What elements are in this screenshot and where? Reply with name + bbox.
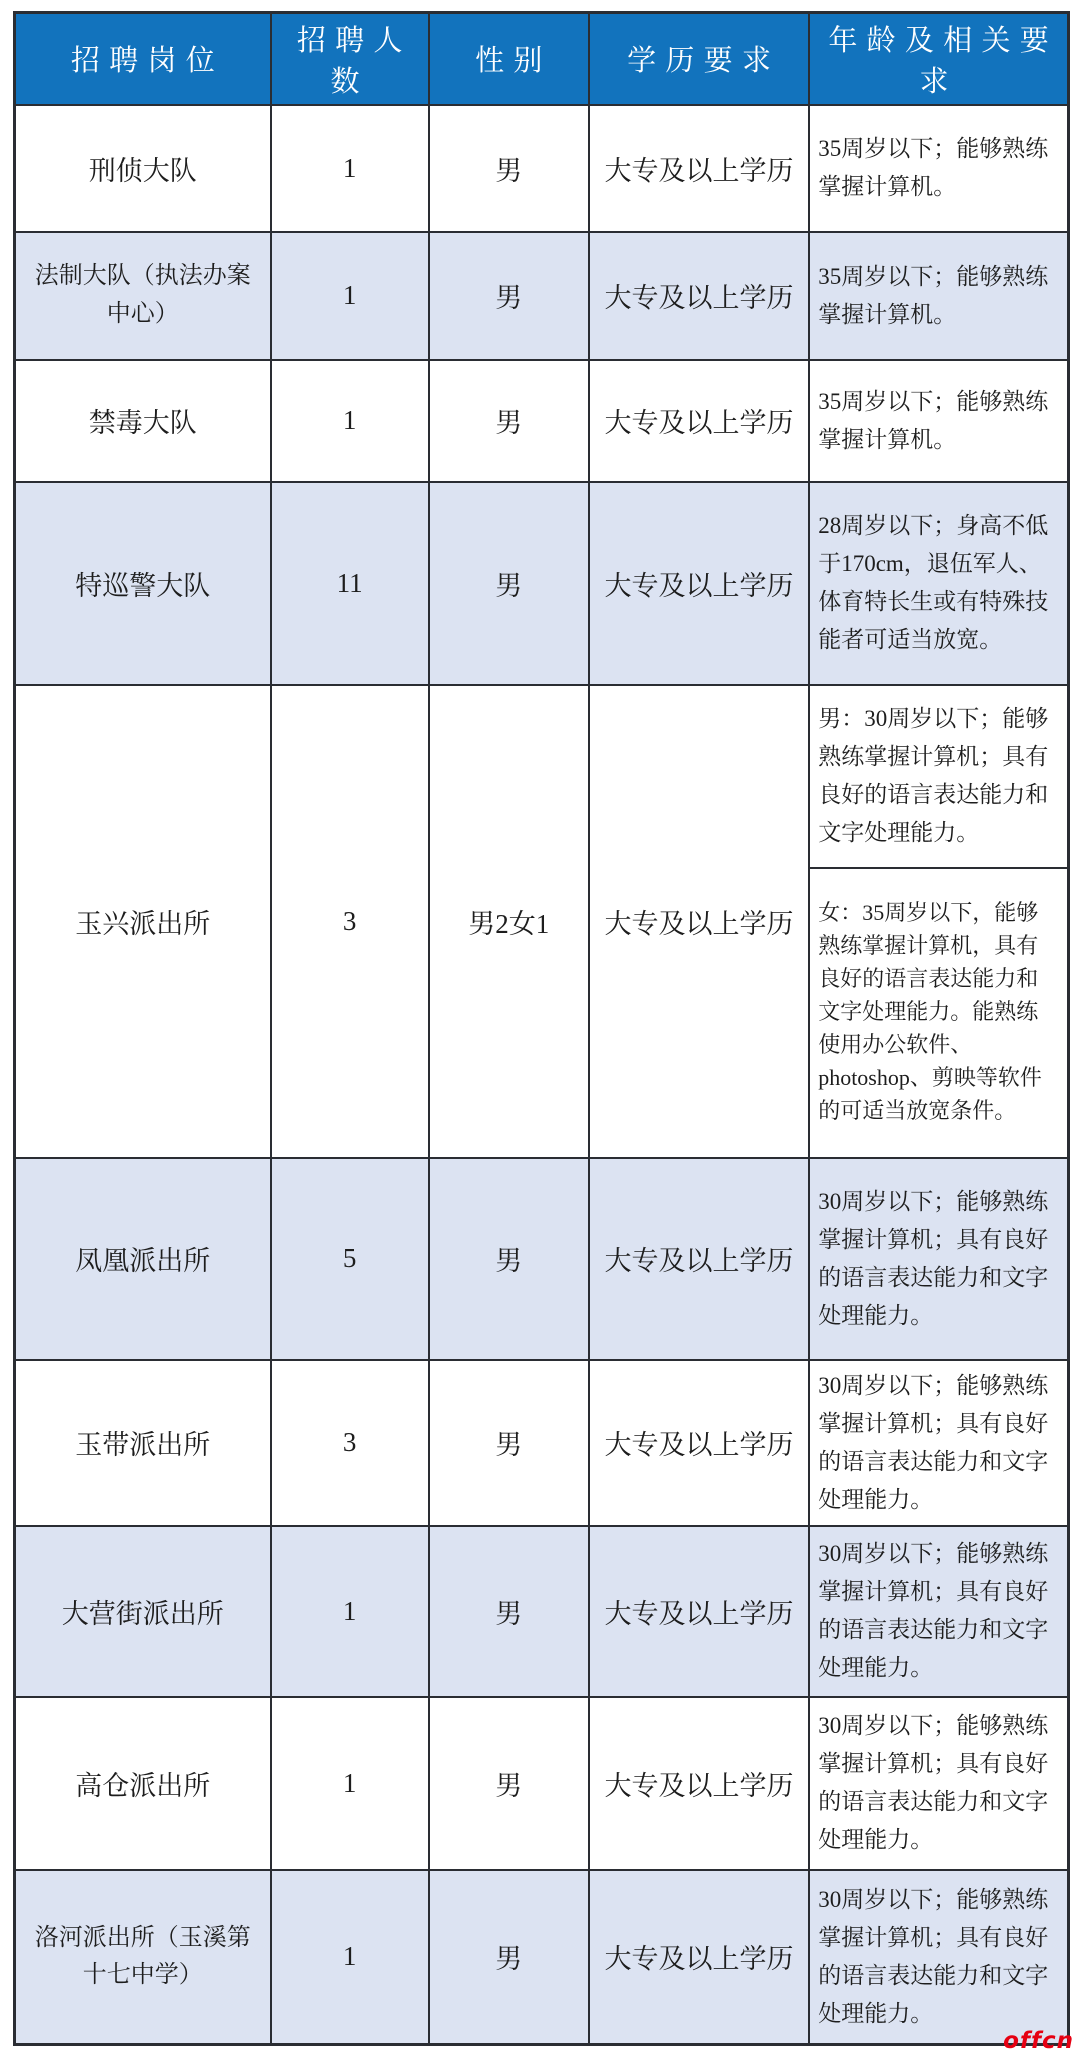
cell-count: 1 [271,1697,429,1870]
cell-position: 玉带派出所 [15,1360,271,1526]
cell-position: 洛河派出所（玉溪第十七中学） [15,1870,271,2045]
offcn-watermark: offcn [1003,2028,1074,2054]
table-row: 凤凰派出所5男大专及以上学历30周岁以下；能够熟练掌握计算机；具有良好的语言表达… [15,1158,1069,1360]
column-header-position: 招聘岗位 [15,13,271,105]
cell-position: 高仓派出所 [15,1697,271,1870]
cell-requirements: 30周岁以下；能够熟练掌握计算机；具有良好的语言表达能力和文字处理能力。 [809,1526,1068,1697]
cell-education: 大专及以上学历 [589,105,809,232]
cell-count: 3 [271,1360,429,1526]
cell-gender: 男 [429,105,589,232]
requirement-text: 28周岁以下；身高不低于170cm，退伍军人、体育特长生或有特殊技能者可适当放宽… [818,507,1059,659]
cell-position: 特巡警大队 [15,482,271,685]
cell-gender: 男 [429,232,589,360]
cell-requirements: 30周岁以下；能够熟练掌握计算机；具有良好的语言表达能力和文字处理能力。 [809,1870,1068,2045]
cell-requirements: 35周岁以下；能够熟练掌握计算机。 [809,360,1068,482]
requirement-subcell: 女：35周岁以下，能够熟练掌握计算机，具有良好的语言表达能力和文字处理能力。能熟… [810,867,1067,1155]
cell-gender: 男 [429,1870,589,2045]
header-row: 招聘岗位 招聘人数 性别 学历要求 年龄及相关要求 [15,13,1069,105]
recruitment-table-wrap: 招聘岗位 招聘人数 性别 学历要求 年龄及相关要求 刑侦大队1男大专及以上学历3… [13,11,1070,2046]
cell-position: 玉兴派出所 [15,685,271,1158]
cell-gender: 男 [429,1526,589,1697]
column-header-requirements: 年龄及相关要求 [809,13,1068,105]
cell-education: 大专及以上学历 [589,1697,809,1870]
cell-education: 大专及以上学历 [589,1870,809,2045]
cell-count: 5 [271,1158,429,1360]
cell-count: 1 [271,1526,429,1697]
cell-requirements: 35周岁以下；能够熟练掌握计算机。 [809,232,1068,360]
requirement-text: 35周岁以下；能够熟练掌握计算机。 [818,383,1059,459]
requirement-subcell: 男：30周岁以下；能够熟练掌握计算机；具有良好的语言表达能力和文字处理能力。 [810,686,1067,867]
cell-position: 法制大队（执法办案中心） [15,232,271,360]
requirement-text: 30周岁以下；能够熟练掌握计算机；具有良好的语言表达能力和文字处理能力。 [818,1367,1059,1519]
table-row: 法制大队（执法办案中心）1男大专及以上学历35周岁以下；能够熟练掌握计算机。 [15,232,1069,360]
requirement-text: 30周岁以下；能够熟练掌握计算机；具有良好的语言表达能力和文字处理能力。 [818,1535,1059,1687]
cell-requirements: 30周岁以下；能够熟练掌握计算机；具有良好的语言表达能力和文字处理能力。 [809,1697,1068,1870]
table-row: 刑侦大队1男大专及以上学历35周岁以下；能够熟练掌握计算机。 [15,105,1069,232]
requirements-split-box: 男：30周岁以下；能够熟练掌握计算机；具有良好的语言表达能力和文字处理能力。女：… [810,686,1067,1155]
cell-education: 大专及以上学历 [589,482,809,685]
cell-count: 1 [271,1870,429,2045]
requirement-text: 35周岁以下；能够熟练掌握计算机。 [818,130,1059,206]
cell-requirements: 35周岁以下；能够熟练掌握计算机。 [809,105,1068,232]
requirement-text: 男：30周岁以下；能够熟练掌握计算机；具有良好的语言表达能力和文字处理能力。 [818,700,1059,852]
table-row: 高仓派出所1男大专及以上学历30周岁以下；能够熟练掌握计算机；具有良好的语言表达… [15,1697,1069,1870]
column-header-education: 学历要求 [589,13,809,105]
table-row: 洛河派出所（玉溪第十七中学）1男大专及以上学历30周岁以下；能够熟练掌握计算机；… [15,1870,1069,2045]
cell-count: 1 [271,232,429,360]
table-row: 特巡警大队11男大专及以上学历28周岁以下；身高不低于170cm，退伍军人、体育… [15,482,1069,685]
cell-position: 大营街派出所 [15,1526,271,1697]
cell-requirements: 男：30周岁以下；能够熟练掌握计算机；具有良好的语言表达能力和文字处理能力。女：… [809,685,1068,1158]
cell-gender: 男 [429,360,589,482]
cell-education: 大专及以上学历 [589,685,809,1158]
cell-position: 刑侦大队 [15,105,271,232]
cell-count: 1 [271,360,429,482]
cell-count: 3 [271,685,429,1158]
cell-education: 大专及以上学历 [589,232,809,360]
requirement-text: 30周岁以下；能够熟练掌握计算机；具有良好的语言表达能力和文字处理能力。 [818,1881,1059,2033]
requirement-text: 35周岁以下；能够熟练掌握计算机。 [818,258,1059,334]
cell-count: 1 [271,105,429,232]
cell-education: 大专及以上学历 [589,360,809,482]
cell-gender: 男 [429,1360,589,1526]
table-row: 玉兴派出所3男2女1大专及以上学历男：30周岁以下；能够熟练掌握计算机；具有良好… [15,685,1069,1158]
cell-education: 大专及以上学历 [589,1360,809,1526]
requirement-text: 女：35周岁以下，能够熟练掌握计算机，具有良好的语言表达能力和文字处理能力。能熟… [818,896,1059,1127]
cell-gender: 男2女1 [429,685,589,1158]
cell-gender: 男 [429,482,589,685]
cell-education: 大专及以上学历 [589,1526,809,1697]
cell-gender: 男 [429,1697,589,1870]
recruitment-table: 招聘岗位 招聘人数 性别 学历要求 年龄及相关要求 刑侦大队1男大专及以上学历3… [13,11,1070,2046]
table-row: 玉带派出所3男大专及以上学历30周岁以下；能够熟练掌握计算机；具有良好的语言表达… [15,1360,1069,1526]
cell-requirements: 30周岁以下；能够熟练掌握计算机；具有良好的语言表达能力和文字处理能力。 [809,1158,1068,1360]
cell-requirements: 30周岁以下；能够熟练掌握计算机；具有良好的语言表达能力和文字处理能力。 [809,1360,1068,1526]
requirement-text: 30周岁以下；能够熟练掌握计算机；具有良好的语言表达能力和文字处理能力。 [818,1183,1059,1335]
cell-count: 11 [271,482,429,685]
cell-requirements: 28周岁以下；身高不低于170cm，退伍军人、体育特长生或有特殊技能者可适当放宽… [809,482,1068,685]
table-row: 大营街派出所1男大专及以上学历30周岁以下；能够熟练掌握计算机；具有良好的语言表… [15,1526,1069,1697]
table-body: 刑侦大队1男大专及以上学历35周岁以下；能够熟练掌握计算机。法制大队（执法办案中… [15,105,1069,2045]
requirement-text: 30周岁以下；能够熟练掌握计算机；具有良好的语言表达能力和文字处理能力。 [818,1707,1059,1859]
cell-position: 凤凰派出所 [15,1158,271,1360]
cell-gender: 男 [429,1158,589,1360]
table-row: 禁毒大队1男大专及以上学历35周岁以下；能够熟练掌握计算机。 [15,360,1069,482]
cell-position: 禁毒大队 [15,360,271,482]
cell-education: 大专及以上学历 [589,1158,809,1360]
column-header-count: 招聘人数 [271,13,429,105]
column-header-gender: 性别 [429,13,589,105]
